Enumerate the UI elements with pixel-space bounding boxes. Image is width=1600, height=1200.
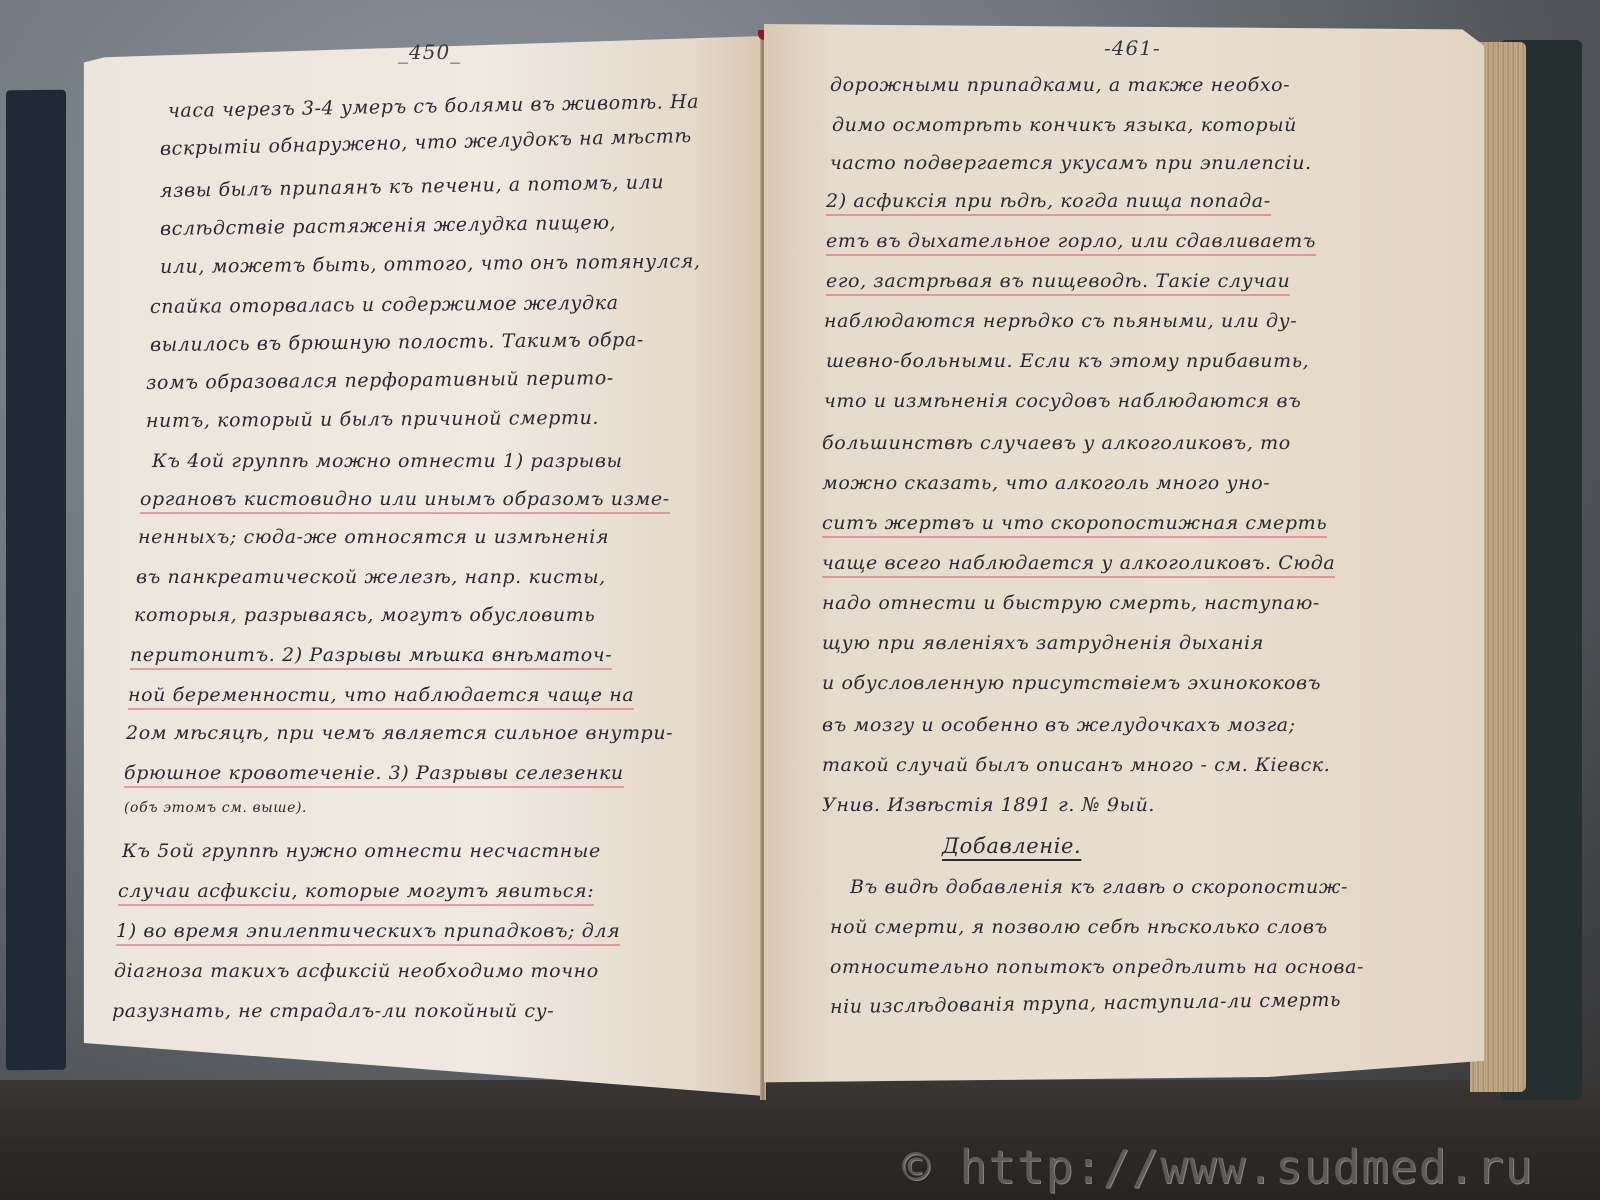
highlight: его, застрѣвая въ пищеводѣ. Такіе случаи xyxy=(826,270,1290,296)
book-cover-left xyxy=(6,90,66,1071)
text-line: Унив. Извѣстія 1891 г. № 9ый. xyxy=(822,794,1155,816)
text-line: щую при явленіяхъ затрудненія дыханія xyxy=(822,632,1264,654)
text-line-highlighted: брюшное кровотеченіе. 3) Разрывы селезен… xyxy=(124,762,624,784)
text-line: нитъ, который и былъ причиной смерти. xyxy=(146,407,599,432)
text-line-highlighted: его, застрѣвая въ пищеводѣ. Такіе случаи xyxy=(826,270,1290,292)
text-line-highlighted: перитонитъ. 2) Разрывы мѣшка внѣматоч- xyxy=(130,644,612,666)
text-line: 2ом мѣсяцѣ, при чемъ является сильное вн… xyxy=(126,722,673,744)
text-line: Въ видѣ добавленія къ главѣ о скоропости… xyxy=(850,876,1348,898)
text-line: въ панкреатической железѣ, напр. кисты, xyxy=(136,566,606,588)
highlight: органовъ кистовидно или инымъ образомъ и… xyxy=(140,488,670,514)
watermark: © http://www.sudmed.ru xyxy=(902,1140,1533,1194)
text-line-highlighted: чаще всего наблюдается у алкоголиковъ. С… xyxy=(822,552,1335,574)
text-line: дорожными припадками, а также необхо- xyxy=(830,74,1290,96)
left-page-number: _450_ xyxy=(398,40,461,64)
text-line-highlighted: ситъ жертвъ и что скоропостижная смерть xyxy=(822,512,1327,534)
text-line: ненныхъ; сюда-же относятся и измѣненія xyxy=(138,526,609,548)
text-line: надо отнести и быструю смерть, наступаю- xyxy=(822,592,1320,614)
highlight: 2) асфиксія при ѣдѣ, когда пища попада- xyxy=(826,190,1271,216)
text-line-highlighted: ной беременности, что наблюдается чаще н… xyxy=(128,684,634,706)
section-heading: Добавленіе. xyxy=(942,834,1081,858)
text-line: которыя, разрываясь, могутъ обусловить xyxy=(134,604,595,626)
text-line: разузнать, не страдалъ-ли покойный су- xyxy=(112,1000,554,1022)
highlight: ной беременности, что наблюдается чаще н… xyxy=(128,684,634,710)
text-line-highlighted: 2) асфиксія при ѣдѣ, когда пища попада- xyxy=(826,190,1271,212)
text-line: можно сказать, что алкоголь много уно- xyxy=(822,472,1270,494)
right-page-number: -461- xyxy=(1104,36,1161,60)
text-line: и обусловленную присутствіемъ эхинококов… xyxy=(822,672,1321,694)
highlight: 1) во время эпилептическихъ припадковъ; … xyxy=(116,920,620,946)
text-line-highlighted: органовъ кистовидно или инымъ образомъ и… xyxy=(140,488,670,510)
text-line: наблюдаются нерѣдко съ пьяными, или ду- xyxy=(824,310,1297,332)
highlight: перитонитъ. 2) Разрывы мѣшка внѣматоч- xyxy=(130,644,612,670)
highlight: ситъ жертвъ и что скоропостижная смерть xyxy=(822,512,1327,538)
text-line: (объ этомъ см. выше). xyxy=(124,800,307,816)
text-line: относительно попытокъ опредѣлить на осно… xyxy=(830,956,1364,978)
text-line: большинствѣ случаевъ у алкоголиковъ, то xyxy=(822,432,1291,454)
text-line: въ мозгу и особенно въ желудочкахъ мозга… xyxy=(822,714,1296,736)
highlight: чаще всего наблюдается у алкоголиковъ. С… xyxy=(822,552,1335,578)
text-line: спайка оторвалась и содержимое желудка xyxy=(150,292,619,318)
text-line: Къ 5ой группѣ нужно отнести несчастные xyxy=(122,840,601,862)
text-line: Къ 4ой группѣ можно отнести 1) разрывы xyxy=(152,450,623,472)
highlight: брюшное кровотеченіе. 3) Разрывы селезен… xyxy=(124,762,624,788)
text-line: что и измѣненія сосудовъ наблюдаются въ xyxy=(824,390,1301,412)
text-line-highlighted: случаи асфиксіи, которые могутъ явиться: xyxy=(118,880,594,902)
text-line: такой случай былъ описанъ много - см. Кі… xyxy=(822,754,1330,776)
text-line: часто подвергается укусамъ при эпилепсіи… xyxy=(830,152,1312,174)
text-line-highlighted: 1) во время эпилептическихъ припадковъ; … xyxy=(116,920,620,942)
text-line-highlighted: етъ въ дыхательное горло, или сдавливает… xyxy=(826,230,1316,252)
text-line: шевно-больными. Если къ этому прибавить, xyxy=(826,350,1309,372)
text-line: ной смерти, я позволю себѣ нѣсколько сло… xyxy=(830,916,1328,938)
highlight: етъ въ дыхательное горло, или сдавливает… xyxy=(826,230,1316,256)
text-line: діагноза такихъ асфиксій необходимо точн… xyxy=(114,960,599,982)
text-line: димо осмотрѣть кончикъ языка, который xyxy=(832,114,1297,136)
highlight: случаи асфиксіи, которые могутъ явиться: xyxy=(118,880,594,906)
